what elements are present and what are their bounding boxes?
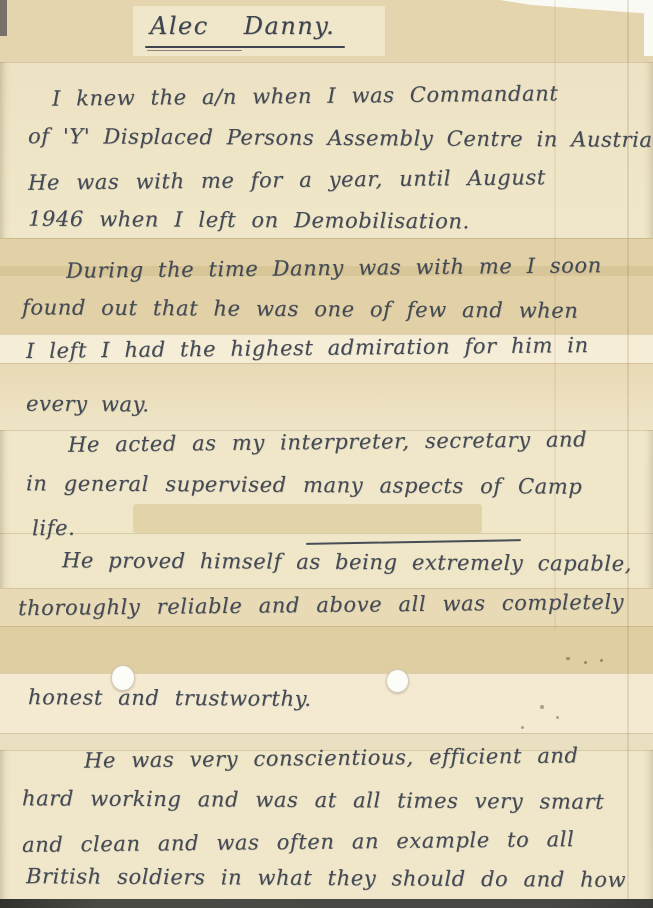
handwritten-line: He was with me for a year, until August	[28, 165, 546, 194]
punch-hole-right	[386, 669, 409, 693]
fold-crease	[0, 733, 653, 734]
handwritten-line: British soldiers in what they should do …	[26, 864, 626, 892]
handwritten-line: in general supervised many aspects of Ca…	[26, 471, 582, 498]
stray-pen-stroke	[306, 539, 521, 545]
ink-dot	[566, 657, 570, 660]
handwritten-line: He was very conscientious, efficient and	[84, 743, 579, 772]
ink-dot	[584, 661, 587, 664]
handwritten-line: I knew the a/n when I was Commandant	[52, 81, 559, 110]
scan-edge-right-top	[644, 0, 653, 56]
scan-notch-top-left	[0, 0, 7, 36]
stain-speck	[556, 716, 559, 719]
fold-crease	[0, 673, 653, 674]
handwritten-line: hard working and was at all times very s…	[22, 786, 604, 814]
stain-speck	[521, 726, 524, 729]
stain-speck	[540, 705, 544, 709]
handwritten-line: He proved himself as being extremely cap…	[62, 548, 632, 575]
handwritten-line: life.	[32, 516, 76, 540]
punch-hole-left	[111, 665, 135, 691]
handwritten-line: and clean and was often an example to al…	[22, 827, 575, 857]
handwritten-line: He acted as my interpreter, secretary an…	[68, 427, 587, 456]
handwritten-line: honest and trustworthy.	[28, 685, 312, 711]
title-underline-double	[147, 50, 242, 51]
scanned-letter-page: Alec Danny. I knew the a/n when I was Co…	[0, 0, 653, 908]
ink-dot	[600, 659, 603, 662]
handwritten-line: of 'Y' Displaced Persons Assembly Centre…	[28, 124, 653, 152]
handwritten-line: every way.	[26, 392, 150, 417]
title-underline	[145, 46, 345, 48]
tape-patch-life	[133, 504, 482, 533]
handwritten-line: 1946 when I left on Demobilisation.	[28, 207, 470, 234]
tape-band-lower	[0, 626, 653, 673]
handwritten-line: found out that he was one of few and whe…	[22, 295, 579, 322]
letter-title: Alec Danny.	[150, 12, 335, 40]
scan-edge-bottom	[0, 899, 653, 908]
